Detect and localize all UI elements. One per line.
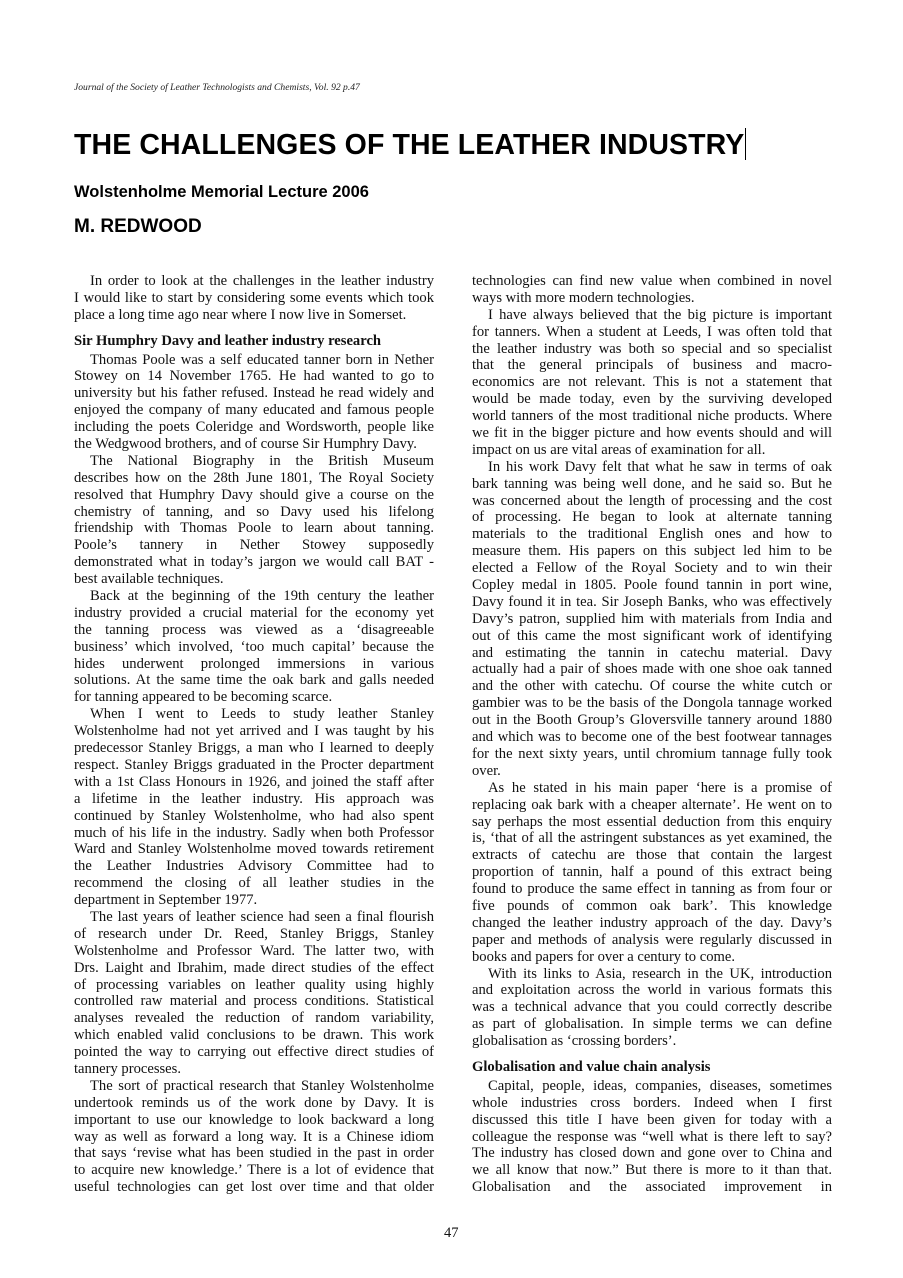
paragraph: technologies can find new value when com… <box>472 273 832 307</box>
text-line: best available techniques. <box>74 571 434 588</box>
text-line: industry provided a crucial material for… <box>74 605 434 622</box>
text-line: demonstrated what in today’s jargon we w… <box>74 554 434 571</box>
text-line: a lifetime in the leather industry. His … <box>74 791 434 808</box>
text-line: economics are not relevant. This is not … <box>472 374 832 391</box>
text-line: actually had a pair of shoes made with o… <box>472 661 832 678</box>
paragraph: When I went to Leeds to study leather St… <box>74 706 434 909</box>
text-line: that the general principals of business … <box>472 357 832 374</box>
text-line: Capital, people, ideas, companies, disea… <box>472 1078 832 1095</box>
text-line: predecessor Stanley Briggs, a man who I … <box>74 740 434 757</box>
text-line: is, ‘that of all the astringent substanc… <box>472 830 832 847</box>
text-line: pointed the way to carrying out effectiv… <box>74 1044 434 1061</box>
left-column: In order to look at the challenges in th… <box>74 273 434 1196</box>
text-line: important to use our knowledge to look b… <box>74 1112 434 1129</box>
text-line: Wolstenholme and Professor Ward. The lat… <box>74 943 434 960</box>
text-line: colleague the response was “well what is… <box>472 1129 832 1146</box>
text-line: would be made today, even by the survivi… <box>472 391 832 408</box>
text-line: describes how on the 28th June 1801, The… <box>74 470 434 487</box>
article-author: M. REDWOOD <box>74 216 202 238</box>
text-line: department in September 1977. <box>74 892 434 909</box>
text-line: changed the leather industry approach of… <box>472 915 832 932</box>
text-line: The last years of leather science had se… <box>74 909 434 926</box>
text-line: When I went to Leeds to study leather St… <box>74 706 434 723</box>
paragraph: In order to look at the challenges in th… <box>74 273 434 324</box>
text-line: solutions. At the same time the oak bark… <box>74 672 434 689</box>
text-line: respect. Stanley Briggs graduated in the… <box>74 757 434 774</box>
text-line: Stowey on 14 November 1765. He had wante… <box>74 368 434 385</box>
text-line: technologies can find new value when com… <box>472 273 832 290</box>
section-heading: Sir Humphry Davy and leather industry re… <box>74 333 434 350</box>
text-line: five pounds of common oak bark’. This kn… <box>472 898 832 915</box>
text-line: gambier was to be the basis of the Dongo… <box>472 695 832 712</box>
section-heading: Globalisation and value chain analysis <box>472 1059 832 1076</box>
text-line: impact on us are vital areas of examinat… <box>472 442 832 459</box>
text-line: continued by Stanley Wolstenholme, who h… <box>74 808 434 825</box>
paragraph: The sort of practical research that Stan… <box>74 1078 434 1196</box>
text-line: tannery processes. <box>74 1061 434 1078</box>
paragraph: Capital, people, ideas, companies, disea… <box>472 1078 832 1196</box>
text-line: and exploitation across the world in var… <box>472 982 832 999</box>
text-line: over. <box>472 763 832 780</box>
text-line: with a 1st Class Honours in 1926, and jo… <box>74 774 434 791</box>
text-line: the leather industry was both so special… <box>472 341 832 358</box>
text-line: undertook reminds us of the work done by… <box>74 1095 434 1112</box>
text-line: paper and methods of analysis were regul… <box>472 932 832 949</box>
paragraph: As he stated in his main paper ‘here is … <box>472 780 832 966</box>
paragraph: In his work Davy felt that what he saw i… <box>472 459 832 780</box>
text-line: Thomas Poole was a self educated tanner … <box>74 352 434 369</box>
text-line: materials to the traditional English one… <box>472 526 832 543</box>
article-subtitle: Wolstenholme Memorial Lecture 2006 <box>74 183 369 202</box>
text-line: as part of globalisation. In simple term… <box>472 1016 832 1033</box>
text-line: whole industries cross borders. Indeed w… <box>472 1095 832 1112</box>
paragraph: The National Biography in the British Mu… <box>74 453 434 588</box>
paragraph: Back at the beginning of the 19th centur… <box>74 588 434 706</box>
text-line: Globalisation and the associated improve… <box>472 1179 832 1196</box>
text-line: we all know that now.” But there is more… <box>472 1162 832 1179</box>
article-title-text: THE CHALLENGES OF THE LEATHER INDUSTRY <box>74 129 744 161</box>
text-cursor <box>745 128 746 160</box>
text-line: Wolstenholme had not yet arrived and I w… <box>74 723 434 740</box>
text-line: for tanning appeared to be becoming scar… <box>74 689 434 706</box>
text-line: recommend the closing of all leather stu… <box>74 875 434 892</box>
text-line: As he stated in his main paper ‘here is … <box>472 780 832 797</box>
text-line: Poole’s tannery in Nether Stowey suppose… <box>74 537 434 554</box>
text-line: resolved that Humphry Davy should give a… <box>74 487 434 504</box>
text-line: found to produce the same effect in tann… <box>472 881 832 898</box>
text-line: business’ which involved, ‘too much capi… <box>74 639 434 656</box>
text-line: much of his life in the industry. Sadly … <box>74 825 434 842</box>
text-line: In his work Davy felt that what he saw i… <box>472 459 832 476</box>
text-line: books and papers for over a century to c… <box>472 949 832 966</box>
text-line: place a long time ago near where I now l… <box>74 307 434 324</box>
text-line: that says ‘revise what has been studied … <box>74 1145 434 1162</box>
text-line: I have always believed that the big pict… <box>472 307 832 324</box>
text-line: Back at the beginning of the 19th centur… <box>74 588 434 605</box>
text-line: and which was to become one of the best … <box>472 729 832 746</box>
text-line: Ward and Stanley Wolstenholme moved towa… <box>74 841 434 858</box>
text-line: replacing oak bark with a cheaper altern… <box>472 797 832 814</box>
text-line: extracts of catechu are those that conta… <box>472 847 832 864</box>
text-line: we fit in the bigger picture and how eve… <box>472 425 832 442</box>
text-line: was a technical advance that you could c… <box>472 999 832 1016</box>
text-line: including the poets Coleridge and Wordsw… <box>74 419 434 436</box>
article-title: THE CHALLENGES OF THE LEATHER INDUSTRY <box>74 128 746 162</box>
text-line: The industry has closed down and gone ov… <box>472 1145 832 1162</box>
text-line: for the next sixty years, until chromium… <box>472 746 832 763</box>
text-line: bark tanning was being well done, and he… <box>472 476 832 493</box>
text-line: the Leather Industries Advisory Committe… <box>74 858 434 875</box>
text-line: useful technologies can get lost over ti… <box>74 1179 434 1196</box>
text-line: controlled raw material and process cond… <box>74 993 434 1010</box>
text-line: chemistry of tanning, and so Davy used h… <box>74 504 434 521</box>
journal-reference: Journal of the Society of Leather Techno… <box>74 82 360 93</box>
text-line: proportion of tannin, half a pound of th… <box>472 864 832 881</box>
right-column: technologies can find new value when com… <box>472 273 832 1196</box>
paragraph: Thomas Poole was a self educated tanner … <box>74 352 434 453</box>
text-line: for tanners. When a student at Leeds, I … <box>472 324 832 341</box>
text-line: which enabled valid conclusions to be dr… <box>74 1027 434 1044</box>
text-line: way as well as forward a long way. It is… <box>74 1129 434 1146</box>
text-line: the Wedgwood brothers, and of course Sir… <box>74 436 434 453</box>
paragraph: With its links to Asia, research in the … <box>472 966 832 1050</box>
text-line: friendship with Thomas Poole to learn ab… <box>74 520 434 537</box>
text-line: discussed this title I have been given f… <box>472 1112 832 1129</box>
text-line: of processing variables on leather quali… <box>74 977 434 994</box>
text-line: ways with more modern technologies. <box>472 290 832 307</box>
text-line: Copley medal in 1805. Poole found tannin… <box>472 577 832 594</box>
text-line: and estimating the tannin in catechu mat… <box>472 645 832 662</box>
text-line: Davy found it in tea. Sir Joseph Banks, … <box>472 594 832 611</box>
text-line: The National Biography in the British Mu… <box>74 453 434 470</box>
text-line: was concerned about the length of proces… <box>472 493 832 510</box>
text-line: Davy’s patron, supplied him with materia… <box>472 611 832 628</box>
text-line: out of this came the most significant wo… <box>472 628 832 645</box>
text-line: globalisation as ‘crossing borders’. <box>472 1033 832 1050</box>
text-line: Drs. Laight and Ibrahim, made direct stu… <box>74 960 434 977</box>
text-line: enjoyed the company of many educated and… <box>74 402 434 419</box>
text-line: to acquire new knowledge.’ There is a lo… <box>74 1162 434 1179</box>
text-line: With its links to Asia, research in the … <box>472 966 832 983</box>
text-line: of processing. He began to look at alter… <box>472 509 832 526</box>
text-line: I would like to start by considering som… <box>74 290 434 307</box>
text-line: the tanning process was viewed as a ‘dis… <box>74 622 434 639</box>
text-line: hides underwent prolonged immersions in … <box>74 656 434 673</box>
text-line: analyses revealed the reduction of rando… <box>74 1010 434 1027</box>
text-line: and the other with catechu. Of course th… <box>472 678 832 695</box>
paragraph: The last years of leather science had se… <box>74 909 434 1078</box>
text-line: of research under Dr. Reed, Stanley Brig… <box>74 926 434 943</box>
text-line: The sort of practical research that Stan… <box>74 1078 434 1095</box>
paragraph: I have always believed that the big pict… <box>472 307 832 459</box>
text-line: out in the Booth Group’s Gloversville ta… <box>472 712 832 729</box>
text-line: elected a Fellow of the Royal Society an… <box>472 560 832 577</box>
text-line: say perhaps the most essential deduction… <box>472 814 832 831</box>
text-line: In order to look at the challenges in th… <box>74 273 434 290</box>
text-line: world tanners of the most traditional ni… <box>472 408 832 425</box>
text-line: university but his father refused. Inste… <box>74 385 434 402</box>
text-line: measure them. His papers on this subject… <box>472 543 832 560</box>
page-number: 47 <box>444 1225 459 1242</box>
